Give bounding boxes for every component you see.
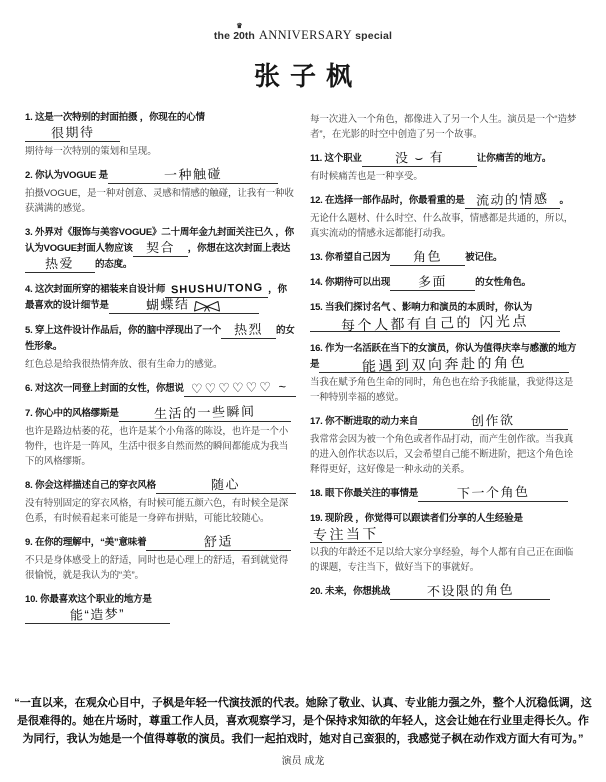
- header-num-text: 20th: [233, 30, 255, 42]
- question-line: 14. 你期待可以出现多面的女性角色。: [310, 275, 581, 291]
- question-text: 4. 这次封面所穿的裙装来自设计师: [25, 284, 165, 295]
- question-item: 13. 你希望自己因为角色被记住。: [310, 250, 581, 266]
- answer-note: 我常常会因为被一个角色或者作品打动，而产生创作欲。当我真的进入创作状态以后，又会…: [310, 432, 581, 477]
- handwritten-answer: 很期待: [51, 125, 95, 140]
- header: the♛20thANNIVERSARYspecial: [25, 28, 581, 43]
- handwritten-answer: 下一个角色: [457, 485, 530, 501]
- answer-blank: 专注当下: [310, 527, 382, 543]
- answer-blank: 契合: [133, 241, 188, 257]
- handwritten-answer: 能遇到双向奔赴的角色: [362, 355, 527, 373]
- question-text: 让你痛苦的地方。: [477, 153, 551, 164]
- question-line: 19. 现阶段 ，你觉得可以跟读者们分享的人生经验是专注当下: [310, 511, 581, 543]
- answer-blank: 生活的一些瞬间: [119, 406, 291, 422]
- answer-blank: ♡♡♡♡♡♡ ~: [184, 381, 296, 397]
- answer-note: 不只是身体感受上的舒适，同时也是心理上的舒适，看到就觉得很愉悦，就是我认为的“美…: [25, 553, 296, 583]
- closing-quote-text: “一直以来，在观众心目中，子枫是年轻一代演技派的代表。她除了敬业、认真、专业能力…: [12, 694, 594, 748]
- question-line: 7. 你心中的风格缪斯是生活的一些瞬间: [25, 406, 296, 422]
- answer-blank: SHUSHU/TONG: [165, 282, 268, 298]
- handwritten-answer: 热爱: [45, 257, 74, 272]
- question-line: 8. 你会这样描述自己的穿衣风格随心: [25, 478, 296, 494]
- question-text: 2. 你认为VOGUE 是: [25, 170, 108, 181]
- handwritten-answer: 契合: [146, 241, 175, 256]
- question-item: 6. 对这次一同登上封面的女性，你想说♡♡♡♡♡♡ ~: [25, 381, 296, 397]
- question-line: 15. 当我们探讨名气 、影响力和演员的本质时，你认为每个人都有自己的 闪光点: [310, 300, 581, 332]
- question-text: ，你想在这次封面上表达: [188, 243, 290, 254]
- answer-note: 每一次进入一个角色，都像进入了另一个人生。演员是一个“造梦者”，在光影的时空中创…: [310, 112, 581, 142]
- question-text: 20. 未来，你想挑战: [310, 586, 390, 597]
- question-item: 15. 当我们探讨名气 、影响力和演员的本质时，你认为每个人都有自己的 闪光点: [310, 300, 581, 332]
- question-text: 17. 你不断进取的动力来自: [310, 416, 418, 427]
- crown-icon: ♛: [236, 23, 242, 30]
- question-line: 3. 外界对《服饰与美容VOGUE》二十周年金九封面关注已久 ，你认为VOGUE…: [25, 225, 296, 273]
- question-item: 4. 这次封面所穿的裙装来自设计师SHUSHU/TONG，你最喜欢的设计细节是蝴…: [25, 282, 296, 314]
- handwritten-answer: SHUSHU/TONG: [170, 281, 262, 297]
- answer-blank: 蝴蝶结: [109, 298, 259, 314]
- answer-blank: 舒适: [146, 535, 291, 551]
- handwritten-answer: 多面: [418, 275, 447, 290]
- questions-column-right: 每一次进入一个角色，都像进入了另一个人生。演员是一个“造梦者”，在光影的时空中创…: [310, 110, 581, 633]
- question-item: 19. 现阶段 ，你觉得可以跟读者们分享的人生经验是专注当下以我的年龄还不足以给…: [310, 511, 581, 575]
- answer-blank: 创作欲: [418, 414, 568, 430]
- answer-blank: 随心: [156, 478, 296, 494]
- question-text: 11. 这个职业: [310, 153, 362, 164]
- question-item: 2. 你认为VOGUE 是一种触碰拍摄VOGUE，是一种对创意、灵感和情感的触碰…: [25, 168, 296, 216]
- answer-note: 拍摄VOGUE，是一种对创意、灵感和情感的触碰，让我有一种收获满满的感觉。: [25, 186, 296, 216]
- handwritten-answer: 能“造梦”: [70, 607, 126, 622]
- handwritten-answer: 流动的情感: [476, 192, 549, 208]
- handwritten-answer: 创作欲: [471, 413, 515, 428]
- question-text: 6. 对这次一同登上封面的女性，你想说: [25, 383, 184, 394]
- handwritten-answer: 一种触碰: [164, 167, 222, 183]
- question-line: 17. 你不断进取的动力来自创作欲: [310, 414, 581, 430]
- question-item: 1. 这是一次特别的封面拍摄 ，你现在的心情很期待期待每一次特别的策划和呈现。: [25, 110, 296, 159]
- header-the: the: [214, 30, 230, 42]
- questionnaire-page: the♛20thANNIVERSARYspecial 张子枫 1. 这是一次特别…: [0, 0, 606, 782]
- answer-blank: 每个人都有自己的 闪光点: [310, 316, 560, 332]
- question-item: 18. 眼下你最关注的事情是下一个角色: [310, 486, 581, 502]
- answer-blank: 不设限的角色: [390, 584, 550, 600]
- question-line: 12. 在选择一部作品时，你最看重的是流动的情感。: [310, 193, 581, 209]
- question-line: 18. 眼下你最关注的事情是下一个角色: [310, 486, 581, 502]
- answer-blank: 热烈: [221, 323, 276, 339]
- question-text: 7. 你心中的风格缪斯是: [25, 408, 119, 419]
- question-item: 7. 你心中的风格缪斯是生活的一些瞬间也许是路边枯萎的花，也许是某个小角落的陈设…: [25, 406, 296, 469]
- handwritten-answer: 没 ⌣ 有: [394, 150, 444, 165]
- question-line: 10. 你最喜欢这个职业的地方是能“造梦”: [25, 592, 296, 624]
- question-text: 5. 穿上这件设计作品后，你的脑中浮现出了一个: [25, 325, 221, 336]
- bow-doodle-icon: [193, 300, 221, 313]
- question-text: 。: [560, 195, 569, 206]
- answer-note: 以我的年龄还不足以给大家分享经验，每个人都有自己正在面临的课题，专注当下，做好当…: [310, 545, 581, 575]
- question-text: 的女性角色。: [475, 277, 531, 288]
- question-item: 11. 这个职业没 ⌣ 有让你痛苦的地方。有时候痛苦也是一种享受。: [310, 151, 581, 184]
- question-line: 11. 这个职业没 ⌣ 有让你痛苦的地方。: [310, 151, 581, 167]
- header-anniversary: ANNIVERSARY: [259, 28, 352, 42]
- question-item: 17. 你不断进取的动力来自创作欲我常常会因为被一个角色或者作品打动，而产生创作…: [310, 414, 581, 477]
- answer-blank: 多面: [390, 275, 475, 291]
- question-line: 4. 这次封面所穿的裙装来自设计师SHUSHU/TONG，你最喜欢的设计细节是蝴…: [25, 282, 296, 314]
- answer-note: 当我在赋予角色生命的同时，角色也在给予我能量，我觉得这是一种特别幸福的感觉。: [310, 375, 581, 405]
- question-text: 13. 你希望自己因为: [310, 252, 390, 263]
- question-line: 13. 你希望自己因为角色被记住。: [310, 250, 581, 266]
- answer-blank: 角色: [390, 250, 465, 266]
- answer-blank: 一种触碰: [108, 168, 278, 184]
- question-item: 每一次进入一个角色，都像进入了另一个人生。演员是一个“造梦者”，在光影的时空中创…: [310, 112, 581, 142]
- question-item: 16. 作为一名活跃在当下的女演员，你认为值得庆幸与感激的地方是能遇到双向奔赴的…: [310, 341, 581, 405]
- handwritten-answer: 生活的一些瞬间: [154, 405, 256, 422]
- answer-blank: 很期待: [25, 126, 120, 142]
- answer-note: 有时候痛苦也是一种享受。: [310, 169, 581, 184]
- answer-note: 无论什么题材、什么时空、什么故事，情感都是共通的，所以，真实流动的情感永远都能打…: [310, 211, 581, 241]
- quote-attribution: 演员 成龙: [12, 752, 594, 767]
- handwritten-answer: 蝴蝶结: [146, 297, 190, 312]
- answer-blank: 没 ⌣ 有: [362, 151, 477, 167]
- answer-note: 也许是路边枯萎的花，也许是某个小角落的陈设，也许是一个小物件，也许是一阵风，生活…: [25, 424, 296, 469]
- question-item: 12. 在选择一部作品时，你最看重的是流动的情感。无论什么题材、什么时空、什么故…: [310, 193, 581, 241]
- question-text: 1. 这是一次特别的封面拍摄 ，你现在的心情: [25, 112, 205, 123]
- answer-blank: 能遇到双向奔赴的角色: [319, 357, 569, 373]
- header-special: special: [355, 30, 392, 42]
- answer-blank: 能“造梦”: [25, 608, 170, 624]
- answer-note: 红色总是给我很热情奔放、很有生命力的感觉。: [25, 357, 296, 372]
- question-line: 1. 这是一次特别的封面拍摄 ，你现在的心情很期待: [25, 110, 296, 142]
- handwritten-answer: 角色: [413, 250, 442, 265]
- question-item: 10. 你最喜欢这个职业的地方是能“造梦”: [25, 592, 296, 624]
- handwritten-answer: 舒适: [204, 535, 233, 550]
- question-item: 9. 在你的理解中，“美”意味着舒适不只是身体感受上的舒适，同时也是心理上的舒适…: [25, 535, 296, 583]
- question-item: 14. 你期待可以出现多面的女性角色。: [310, 275, 581, 291]
- question-line: 20. 未来，你想挑战不设限的角色: [310, 584, 581, 600]
- answer-blank: 流动的情感: [465, 193, 560, 209]
- handwritten-answer: 热烈: [234, 323, 263, 338]
- handwritten-answer: 每个人都有自己的 闪光点: [341, 314, 529, 333]
- questions-area: 1. 这是一次特别的封面拍摄 ，你现在的心情很期待期待每一次特别的策划和呈现。2…: [25, 110, 581, 633]
- page-title: 张子枫: [25, 56, 581, 93]
- question-text: 9. 在你的理解中，“美”意味着: [25, 537, 146, 548]
- handwritten-answer: 专注当下: [313, 526, 379, 542]
- answer-note: 没有特别固定的穿衣风格，有时候可能五颜六色，有时候全是深色系，有时候看起来可能是…: [25, 496, 296, 526]
- question-text: 15. 当我们探讨名气 、影响力和演员的本质时，你认为: [310, 302, 532, 313]
- question-item: 8. 你会这样描述自己的穿衣风格随心没有特别固定的穿衣风格，有时候可能五颜六色，…: [25, 478, 296, 526]
- questions-column-left: 1. 这是一次特别的封面拍摄 ，你现在的心情很期待期待每一次特别的策划和呈现。2…: [25, 110, 296, 633]
- question-text: 8. 你会这样描述自己的穿衣风格: [25, 480, 156, 491]
- question-item: 20. 未来，你想挑战不设限的角色: [310, 584, 581, 600]
- question-line: 6. 对这次一同登上封面的女性，你想说♡♡♡♡♡♡ ~: [25, 381, 296, 397]
- question-text: 19. 现阶段 ，你觉得可以跟读者们分享的人生经验是: [310, 513, 523, 524]
- question-item: 3. 外界对《服饰与美容VOGUE》二十周年金九封面关注已久 ，你认为VOGUE…: [25, 225, 296, 273]
- header-20th: ♛20th: [233, 30, 255, 42]
- question-text: 14. 你期待可以出现: [310, 277, 390, 288]
- question-text: 的态度。: [95, 259, 132, 270]
- answer-note: 期待每一次特别的策划和呈现。: [25, 144, 296, 159]
- handwritten-answer: 不设限的角色: [426, 583, 513, 599]
- closing-quote-block: “一直以来，在观众心目中，子枫是年轻一代演技派的代表。她除了敬业、认真、专业能力…: [12, 694, 594, 767]
- question-text: 18. 眼下你最关注的事情是: [310, 488, 418, 499]
- handwritten-answer: 随心: [211, 478, 240, 493]
- question-text: 被记住。: [465, 252, 502, 263]
- question-line: 9. 在你的理解中，“美”意味着舒适: [25, 535, 296, 551]
- question-line: 16. 作为一名活跃在当下的女演员，你认为值得庆幸与感激的地方是能遇到双向奔赴的…: [310, 341, 581, 373]
- question-item: 5. 穿上这件设计作品后，你的脑中浮现出了一个热烈的女性形象。红色总是给我很热情…: [25, 323, 296, 372]
- answer-blank: 热爱: [25, 257, 95, 273]
- question-text: 10. 你最喜欢这个职业的地方是: [25, 594, 152, 605]
- question-text: 12. 在选择一部作品时，你最看重的是: [310, 195, 465, 206]
- question-line: 2. 你认为VOGUE 是一种触碰: [25, 168, 296, 184]
- question-line: 5. 穿上这件设计作品后，你的脑中浮现出了一个热烈的女性形象。: [25, 323, 296, 355]
- answer-blank: 下一个角色: [418, 486, 568, 502]
- handwritten-answer: ♡♡♡♡♡♡ ~: [191, 380, 288, 397]
